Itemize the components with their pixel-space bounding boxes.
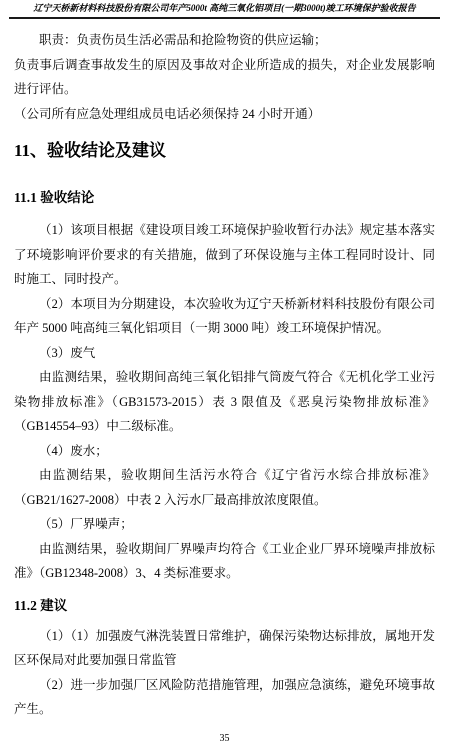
suggestion-paragraphs: （1）（1）加强废气淋洗装置日常维护，确保污染物达标排放，属地开发区环保局对此要…: [14, 624, 435, 722]
intro-paragraph: （公司所有应急处理组成员电话必须保持 24 小时开通）: [14, 102, 435, 127]
conclusion-paragraph: （4）废水；: [14, 439, 435, 464]
subsection-title-suggestion: 11.2 建议: [14, 593, 435, 618]
document-page: 辽宁天桥新材料科技股份有限公司年产5000t 高纯三氧化铝项目(一期3000t)…: [0, 0, 449, 756]
suggestion-paragraph: （1）（1）加强废气淋洗装置日常维护，确保污染物达标排放，属地开发区环保局对此要…: [14, 624, 435, 673]
page-header: 辽宁天桥新材料科技股份有限公司年产5000t 高纯三氧化铝项目(一期3000t)…: [9, 2, 440, 19]
conclusion-paragraph: （2）本项目为分期建设，本次验收为辽宁天桥新材料科技股份有限公司年产 5000 …: [14, 292, 435, 341]
suggestion-paragraph: （2）进一步加强厂区风险防范措施管理，加强应急演练，避免环境事故产生。: [14, 673, 435, 722]
conclusion-paragraph: 由监测结果，验收期间厂界噪声均符合《工业企业厂界环境噪声排放标准》（GB1234…: [14, 537, 435, 586]
conclusion-paragraph: （5）厂界噪声；: [14, 512, 435, 537]
intro-paragraph: 职责：负责伤员生活必需品和抢险物资的供应运输；: [14, 28, 435, 53]
section-title: 11、验收结论及建议: [14, 138, 435, 164]
document-content: 职责：负责伤员生活必需品和抢险物资的供应运输； 负责事后调查事故发生的原因及事故…: [14, 28, 435, 722]
page-footer: 35: [0, 733, 449, 745]
conclusion-paragraphs: （1）该项目根据《建设项目竣工环境保护验收暂行办法》规定基本落实了环境影响评价要…: [14, 218, 435, 586]
conclusion-paragraph: （3）废气: [14, 341, 435, 366]
page-number: 35: [220, 733, 230, 744]
subsection-title-conclusion: 11.1 验收结论: [14, 185, 435, 210]
conclusion-paragraph: （1）该项目根据《建设项目竣工环境保护验收暂行办法》规定基本落实了环境影响评价要…: [14, 218, 435, 292]
conclusion-paragraph: 由监测结果，验收期间高纯三氧化铝排气筒废气符合《无机化学工业污染物排放标准》（G…: [14, 365, 435, 439]
conclusion-paragraph: 由监测结果，验收期间生活污水符合《辽宁省污水综合排放标准》（GB21/1627-…: [14, 463, 435, 512]
header-title: 辽宁天桥新材料科技股份有限公司年产5000t 高纯三氧化铝项目(一期3000t)…: [33, 3, 415, 13]
intro-paragraph: 负责事后调查事故发生的原因及事故对企业所造成的损失，对企业发展影响进行评估。: [14, 53, 435, 102]
